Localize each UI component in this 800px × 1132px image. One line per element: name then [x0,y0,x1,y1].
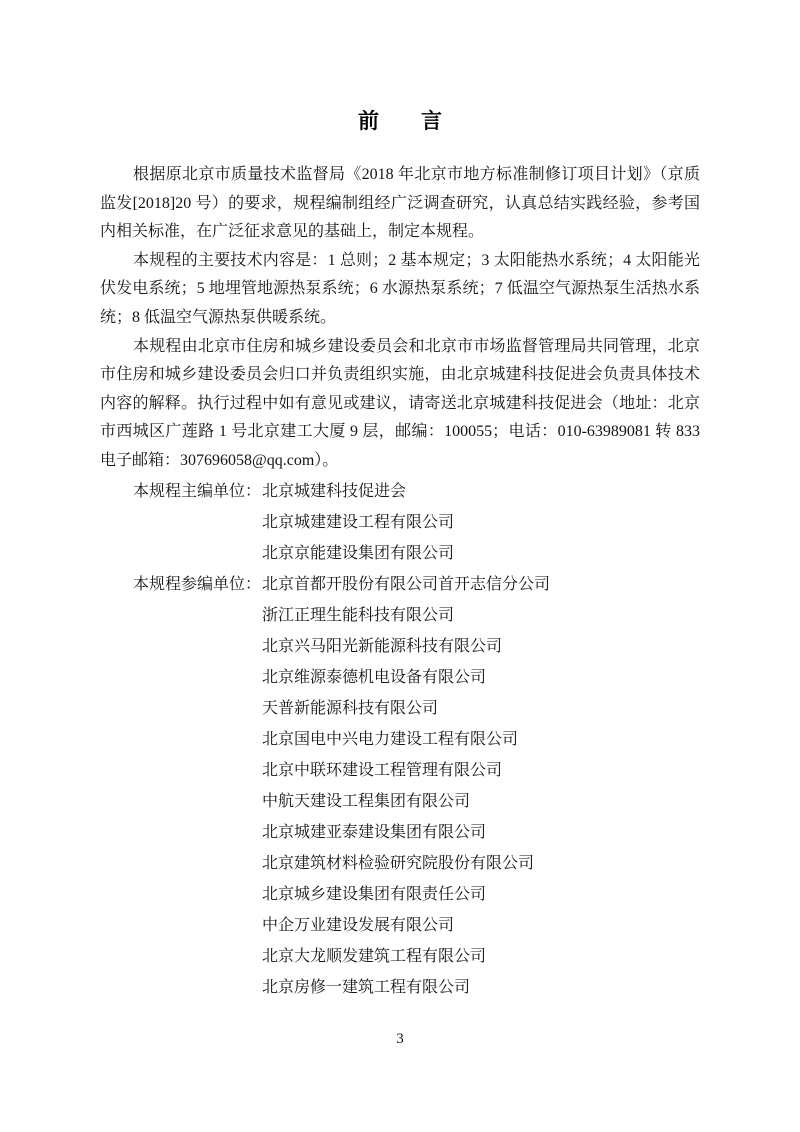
chief-editor-units: 北京城建科技促进会 北京城建建设工程有限公司 北京京能建设集团有限公司 [262,476,700,569]
page-title: 前 言 [100,106,700,136]
participating-editor-block: 本规程参编单位： 北京首都开股份有限公司首开志信分公司 浙江正理生能科技有限公司… [100,569,700,1003]
unit-name: 中航天建设工程集团有限公司 [262,786,700,817]
unit-name: 北京兴马阳光新能源科技有限公司 [262,631,700,662]
participating-editor-units: 北京首都开股份有限公司首开志信分公司 浙江正理生能科技有限公司 北京兴马阳光新能… [262,569,700,1003]
unit-name: 中企万业建设发展有限公司 [262,910,700,941]
chief-editor-block: 本规程主编单位： 北京城建科技促进会 北京城建建设工程有限公司 北京京能建设集团… [100,476,700,569]
unit-name: 北京大龙顺发建筑工程有限公司 [262,941,700,972]
unit-name: 北京中联环建设工程管理有限公司 [262,755,700,786]
chief-editor-label: 本规程主编单位： [133,476,261,507]
page-content: 前 言 根据原北京市质量技术监督局《2018 年北京市地方标准制修订项目计划》（… [0,0,800,1003]
unit-name: 北京京能建设集团有限公司 [262,538,700,569]
unit-name: 天普新能源科技有限公司 [262,693,700,724]
unit-name: 北京城建亚泰建设集团有限公司 [262,817,700,848]
paragraph-contents: 本规程的主要技术内容是：1 总则；2 基本规定；3 太阳能热水系统；4 太阳能光… [100,247,700,333]
paragraph-management: 本规程由北京市住房和城乡建设委员会和北京市市场监督管理局共同管理，北京市住房和城… [100,333,700,476]
page-number: 3 [0,1029,800,1049]
unit-name: 北京城建建设工程有限公司 [262,507,700,538]
unit-name: 北京城乡建设集团有限责任公司 [262,879,700,910]
unit-name: 北京房修一建筑工程有限公司 [262,972,700,1003]
unit-name: 北京首都开股份有限公司首开志信分公司 [262,569,700,600]
unit-name: 浙江正理生能科技有限公司 [262,600,700,631]
document-page: 前 言 根据原北京市质量技术监督局《2018 年北京市地方标准制修订项目计划》（… [0,0,800,1132]
participating-editor-label: 本规程参编单位： [133,569,261,600]
unit-name: 北京国电中兴电力建设工程有限公司 [262,724,700,755]
unit-name: 北京维源泰德机电设备有限公司 [262,662,700,693]
unit-name: 北京建筑材料检验研究院股份有限公司 [262,848,700,879]
unit-name: 北京城建科技促进会 [262,476,700,507]
paragraph-basis: 根据原北京市质量技术监督局《2018 年北京市地方标准制修订项目计划》（京质监发… [100,161,700,247]
